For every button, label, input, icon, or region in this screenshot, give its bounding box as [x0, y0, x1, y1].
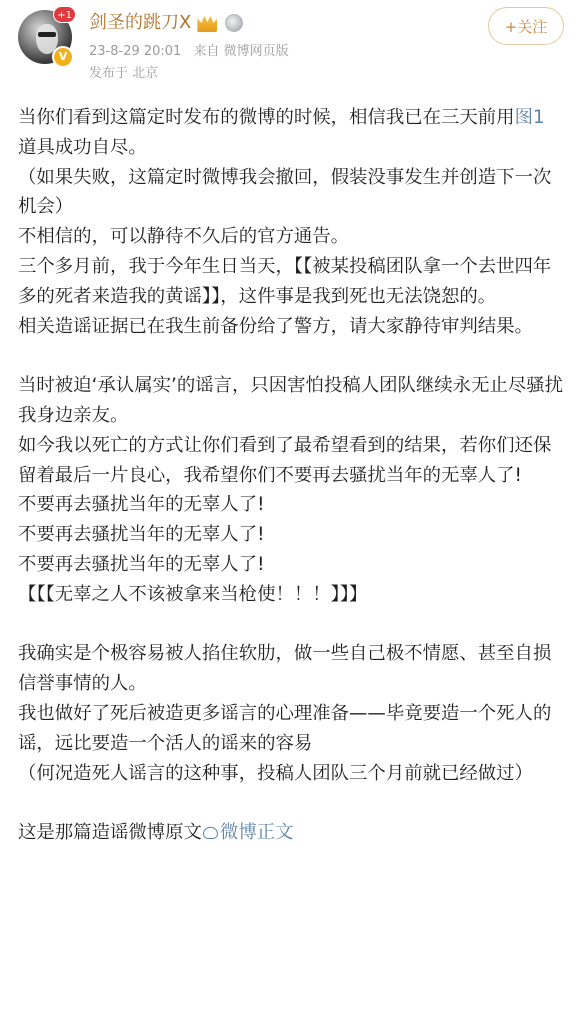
- paragraph: 相关造谣证据已在我生前备份给了警方，请大家静待审判结果。: [18, 312, 566, 342]
- paragraph: 我确实是个极容易被人掐住软肋，做一些自己极不情愿、甚至自损信誉事情的人。: [18, 639, 566, 699]
- blank-line: [18, 341, 566, 371]
- paragraph: 我也做好了死后被造更多谣言的心理准备——毕竟要造一个死人的谣，远比要造一个活人的…: [18, 699, 566, 759]
- post-meta: 23-8-29 20:01 来自 微博网页版: [89, 42, 289, 62]
- verified-badge-icon: V: [52, 46, 74, 68]
- image-link[interactable]: 图1: [515, 107, 545, 128]
- paragraph: 不要再去骚扰当年的无辜人了!: [18, 490, 566, 520]
- paragraph: 这是那篇造谣微博原文微博正文: [18, 818, 566, 848]
- text: 道具成功自尽。: [18, 137, 147, 158]
- post-body: 当你们看到这篇定时发布的微博的时候，相信我已在三天前用图1 道具成功自尽。 （如…: [18, 103, 566, 848]
- text: 这是那篇造谣微博原文: [18, 822, 202, 843]
- weibo-link[interactable]: 微博正文: [202, 822, 294, 843]
- notification-badge: +1: [53, 6, 76, 23]
- paragraph: 【【【无辜之人不该被拿来当枪使！！！】】】: [18, 580, 566, 610]
- post-location: 发布于 北京: [89, 64, 158, 84]
- blank-line: [18, 788, 566, 818]
- user-name-row: 剑圣的跳刀X: [89, 10, 243, 36]
- paragraph: 不要再去骚扰当年的无辜人了!: [18, 550, 566, 580]
- paragraph: 当你们看到这篇定时发布的微博的时候，相信我已在三天前用图1 道具成功自尽。: [18, 103, 566, 163]
- medal-icon[interactable]: [225, 14, 243, 32]
- weibo-link-icon: [203, 827, 218, 839]
- crown-vip-icon[interactable]: [197, 14, 217, 32]
- paragraph: 当时被迫‘承认属实’的谣言，只因害怕投稿人团队继续永无止尽骚扰我身边亲友。: [18, 371, 566, 431]
- blank-line: [18, 610, 566, 640]
- user-name[interactable]: 剑圣的跳刀X: [89, 10, 191, 36]
- post-timestamp[interactable]: 23-8-29 20:01: [89, 44, 181, 59]
- post-source: 来自 微博网页版: [193, 44, 288, 59]
- text: 当你们看到这篇定时发布的微博的时候，相信我已在三天前用: [18, 107, 515, 128]
- paragraph: 不相信的，可以静待不久后的官方通告。: [18, 222, 566, 252]
- paragraph: 三个多月前，我于今年生日当天，【【被某投稿团队拿一个去世四年多的死者来造我的黄谣…: [18, 252, 566, 312]
- paragraph: 不要再去骚扰当年的无辜人了!: [18, 520, 566, 550]
- paragraph: （如果失败，这篇定时微博我会撤回，假装没事发生并创造下一次机会）: [18, 163, 566, 223]
- paragraph: （何况造死人谣言的这种事，投稿人团队三个月前就已经做过）: [18, 759, 566, 789]
- paragraph: 如今我以死亡的方式让你们看到了最希望看到的结果，若你们还保留着最后一片良心，我希…: [18, 431, 566, 491]
- avatar[interactable]: +1 V: [18, 10, 72, 64]
- post-header: +1 V 剑圣的跳刀X 23-8-29 20:01 来自 微博网页版 发布于 北…: [0, 0, 579, 96]
- follow-button[interactable]: +关注: [488, 7, 564, 45]
- weibo-link-label: 微博正文: [220, 822, 294, 843]
